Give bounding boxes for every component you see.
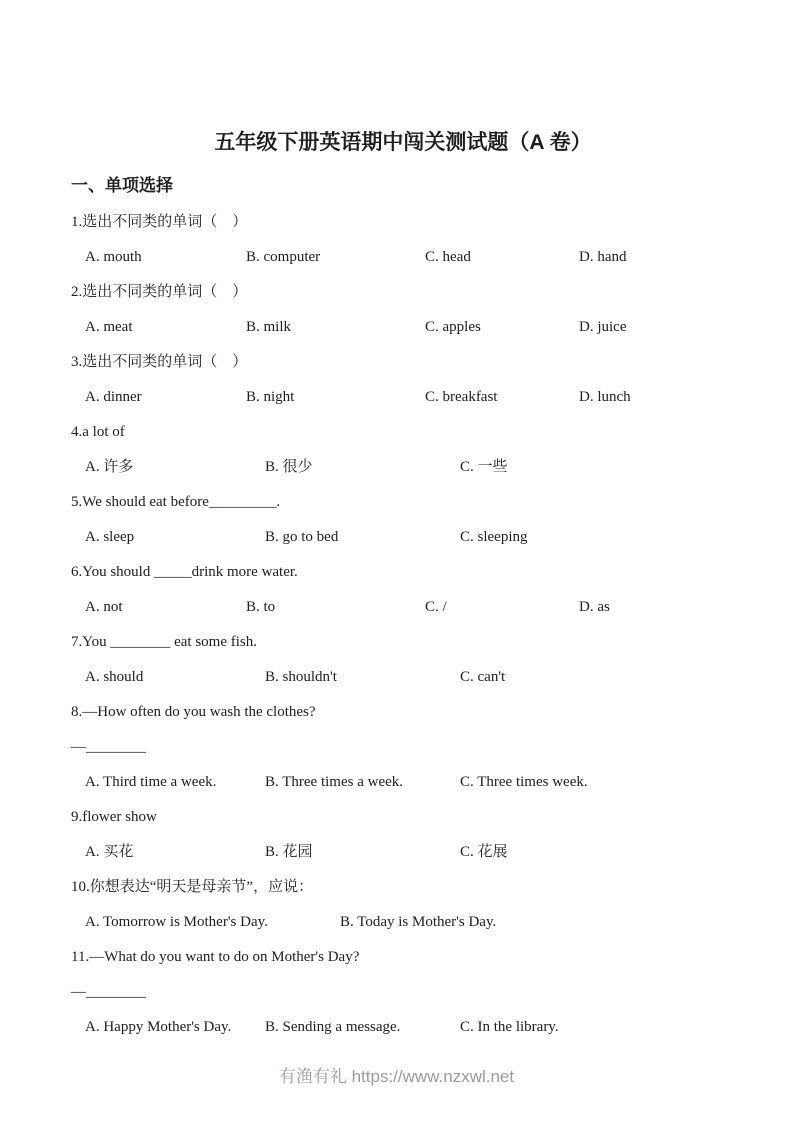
option: C. In the library. (460, 1018, 735, 1036)
options-row: A. Happy Mother's Day.B. Sending a messa… (85, 1018, 735, 1036)
option: A. Third time a week. (85, 773, 265, 791)
option: A. sleep (85, 528, 265, 546)
option: B. 很少 (265, 458, 460, 476)
question-block: 2.选出不同类的单词（ ） A. meatB. milkC. applesD. … (71, 283, 735, 336)
options-row: A. Third time a week.B. Three times a we… (85, 773, 735, 791)
options-row: A. 买花B. 花园C. 花展 (85, 843, 735, 861)
options-row: A. dinnerB. nightC. breakfastD. lunch (85, 388, 735, 406)
question-text: 2.选出不同类的单词（ ） (71, 283, 735, 301)
option: D. lunch (579, 388, 735, 406)
option: B. Today is Mother's Day. (340, 913, 735, 931)
answer-blank-line: —________ (71, 738, 735, 756)
question-text: 9.flower show (71, 808, 735, 826)
question-text: 10.你想表达“明天是母亲节”，应说： (71, 878, 735, 896)
question-block: 5.We should eat before_________. A. slee… (71, 493, 735, 546)
option: C. apples (425, 318, 579, 336)
option: D. as (579, 598, 735, 616)
footer-watermark: 有渔有礼 https://www.nzxwl.net (0, 1066, 793, 1088)
question-text: 8.—How often do you wash the clothes? (71, 703, 735, 721)
question-block: 6.You should _____drink more water. A. n… (71, 563, 735, 616)
option: A. 买花 (85, 843, 265, 861)
option: D. juice (579, 318, 735, 336)
question-block: 3.选出不同类的单词（ ） A. dinnerB. nightC. breakf… (71, 353, 735, 406)
question-text: 3.选出不同类的单词（ ） (71, 353, 735, 371)
question-block: 9.flower show A. 买花B. 花园C. 花展 (71, 808, 735, 861)
option: C. 一些 (460, 458, 735, 476)
option: C. can't (460, 668, 735, 686)
options-row: A. mouthB. computerC. headD. hand (85, 248, 735, 266)
options-row: A. meatB. milkC. applesD. juice (85, 318, 735, 336)
option: B. Three times a week. (265, 773, 460, 791)
options-row: A. Tomorrow is Mother's Day.B. Today is … (85, 913, 735, 931)
option: C. Three times week. (460, 773, 735, 791)
options-row: A. shouldB. shouldn'tC. can't (85, 668, 735, 686)
option: B. shouldn't (265, 668, 460, 686)
option: B. to (246, 598, 425, 616)
option: A. Tomorrow is Mother's Day. (85, 913, 340, 931)
options-row: A. sleepB. go to bedC. sleeping (85, 528, 735, 546)
option: B. milk (246, 318, 425, 336)
option: A. meat (85, 318, 246, 336)
question-block: 11.—What do you want to do on Mother's D… (71, 948, 735, 1036)
question-block: 10.你想表达“明天是母亲节”，应说： A. Tomorrow is Mothe… (71, 878, 735, 931)
option: C. 花展 (460, 843, 735, 861)
question-text: 5.We should eat before_________. (71, 493, 735, 511)
option: B. Sending a message. (265, 1018, 460, 1036)
option: A. Happy Mother's Day. (85, 1018, 265, 1036)
question-block: 8.—How often do you wash the clothes? —_… (71, 703, 735, 791)
exam-content: 五年级下册英语期中闯关测试题（A 卷） 一、单项选择 1.选出不同类的单词（ ）… (0, 0, 793, 1036)
question-text: 1.选出不同类的单词（ ） (71, 213, 735, 231)
option: C. sleeping (460, 528, 735, 546)
option: A. dinner (85, 388, 246, 406)
question-block: 1.选出不同类的单词（ ） A. mouthB. computerC. head… (71, 213, 735, 266)
answer-blank-line: —________ (71, 983, 735, 1001)
question-list: 1.选出不同类的单词（ ） A. mouthB. computerC. head… (71, 213, 735, 1036)
section-heading: 一、单项选择 (71, 175, 735, 196)
page-title: 五年级下册英语期中闯关测试题（A 卷） (71, 129, 735, 156)
question-text: 6.You should _____drink more water. (71, 563, 735, 581)
option: A. not (85, 598, 246, 616)
option: B. 花园 (265, 843, 460, 861)
question-text: 4.a lot of (71, 423, 735, 441)
option: C. breakfast (425, 388, 579, 406)
option: B. go to bed (265, 528, 460, 546)
option: B. computer (246, 248, 425, 266)
question-text: 11.—What do you want to do on Mother's D… (71, 948, 735, 966)
option: C. head (425, 248, 579, 266)
option: A. mouth (85, 248, 246, 266)
question-block: 7.You ________ eat some fish. A. shouldB… (71, 633, 735, 686)
question-text: 7.You ________ eat some fish. (71, 633, 735, 651)
option: A. 许多 (85, 458, 265, 476)
option: C. / (425, 598, 579, 616)
options-row: A. notB. toC. /D. as (85, 598, 735, 616)
question-block: 4.a lot of A. 许多B. 很少C. 一些 (71, 423, 735, 476)
options-row: A. 许多B. 很少C. 一些 (85, 458, 735, 476)
option: D. hand (579, 248, 735, 266)
option: A. should (85, 668, 265, 686)
exam-page: 五年级下册英语期中闯关测试题（A 卷） 一、单项选择 1.选出不同类的单词（ ）… (0, 0, 793, 1122)
option: B. night (246, 388, 425, 406)
